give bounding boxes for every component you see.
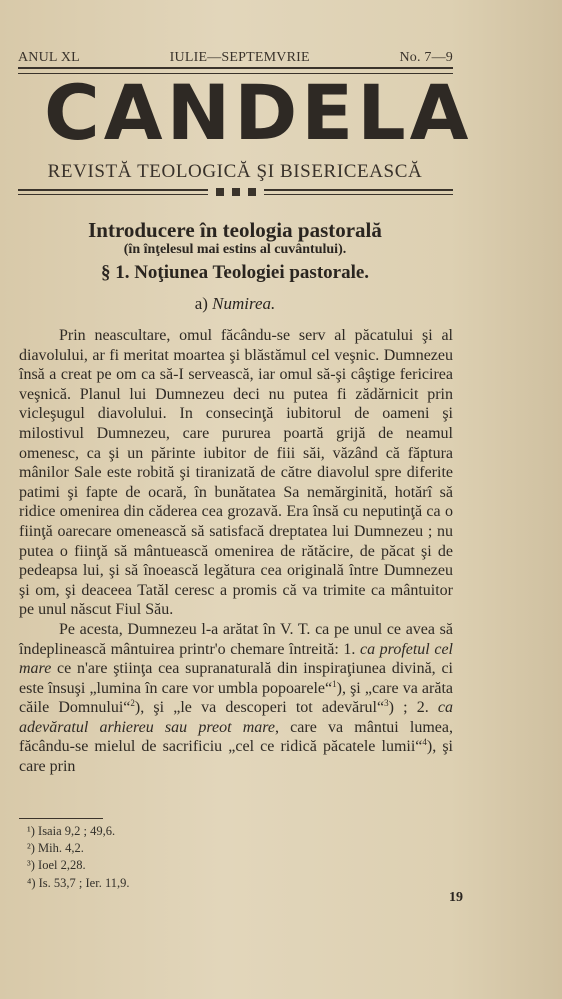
page-number: 19 — [449, 890, 463, 906]
footnote-separator — [19, 818, 103, 819]
footnotes: ¹) Isaia 9,2 ; 49,6. ²) Mih. 4,2. ³) Ioe… — [27, 823, 327, 892]
divider-line-left — [18, 189, 208, 195]
paragraph-1: Prin neascultare, omul făcându-se serv a… — [19, 326, 453, 620]
period-label: IULIE—SEPTEMVRIE — [170, 50, 310, 66]
article-title: Introducere în teologia pastorală — [0, 218, 470, 243]
volume-label: ANUL XL — [18, 50, 80, 66]
article-body: Prin neascultare, omul făcându-se serv a… — [19, 326, 453, 777]
journal-page: ANUL XL IULIE—SEPTEMVRIE No. 7—9 CANDELA… — [0, 0, 562, 999]
footnote-3: ³) Ioel 2,28. — [27, 857, 327, 874]
masthead-info-line: ANUL XL IULIE—SEPTEMVRIE No. 7—9 — [18, 50, 453, 66]
subsection-heading: a) Numirea. — [0, 294, 470, 314]
article-title-note: (în înţelesul mai estins al cuvântului). — [0, 242, 470, 258]
journal-subtitle: REVISTĂ TEOLOGICĂ ŞI BISERICEASCĂ — [0, 161, 470, 183]
subsection-label: a) — [195, 294, 208, 313]
issue-label: No. 7—9 — [399, 50, 453, 66]
footnote-2: ²) Mih. 4,2. — [27, 840, 327, 857]
paragraph-2: Pe acesta, Dumnezeu l-a arătat în V. T. … — [19, 620, 453, 777]
section-heading: § 1. Noţiunea Teologiei pastorale. — [0, 262, 470, 284]
footnote-4: ⁴) Is. 53,7 ; Ier. 11,9. — [27, 875, 327, 892]
square-ornament-icon — [208, 188, 264, 196]
ornamental-divider — [18, 187, 453, 197]
footnote-1: ¹) Isaia 9,2 ; 49,6. — [27, 823, 327, 840]
subsection-title: Numirea. — [212, 294, 275, 313]
journal-title: CANDELA — [44, 78, 444, 148]
divider-line-right — [264, 189, 454, 195]
